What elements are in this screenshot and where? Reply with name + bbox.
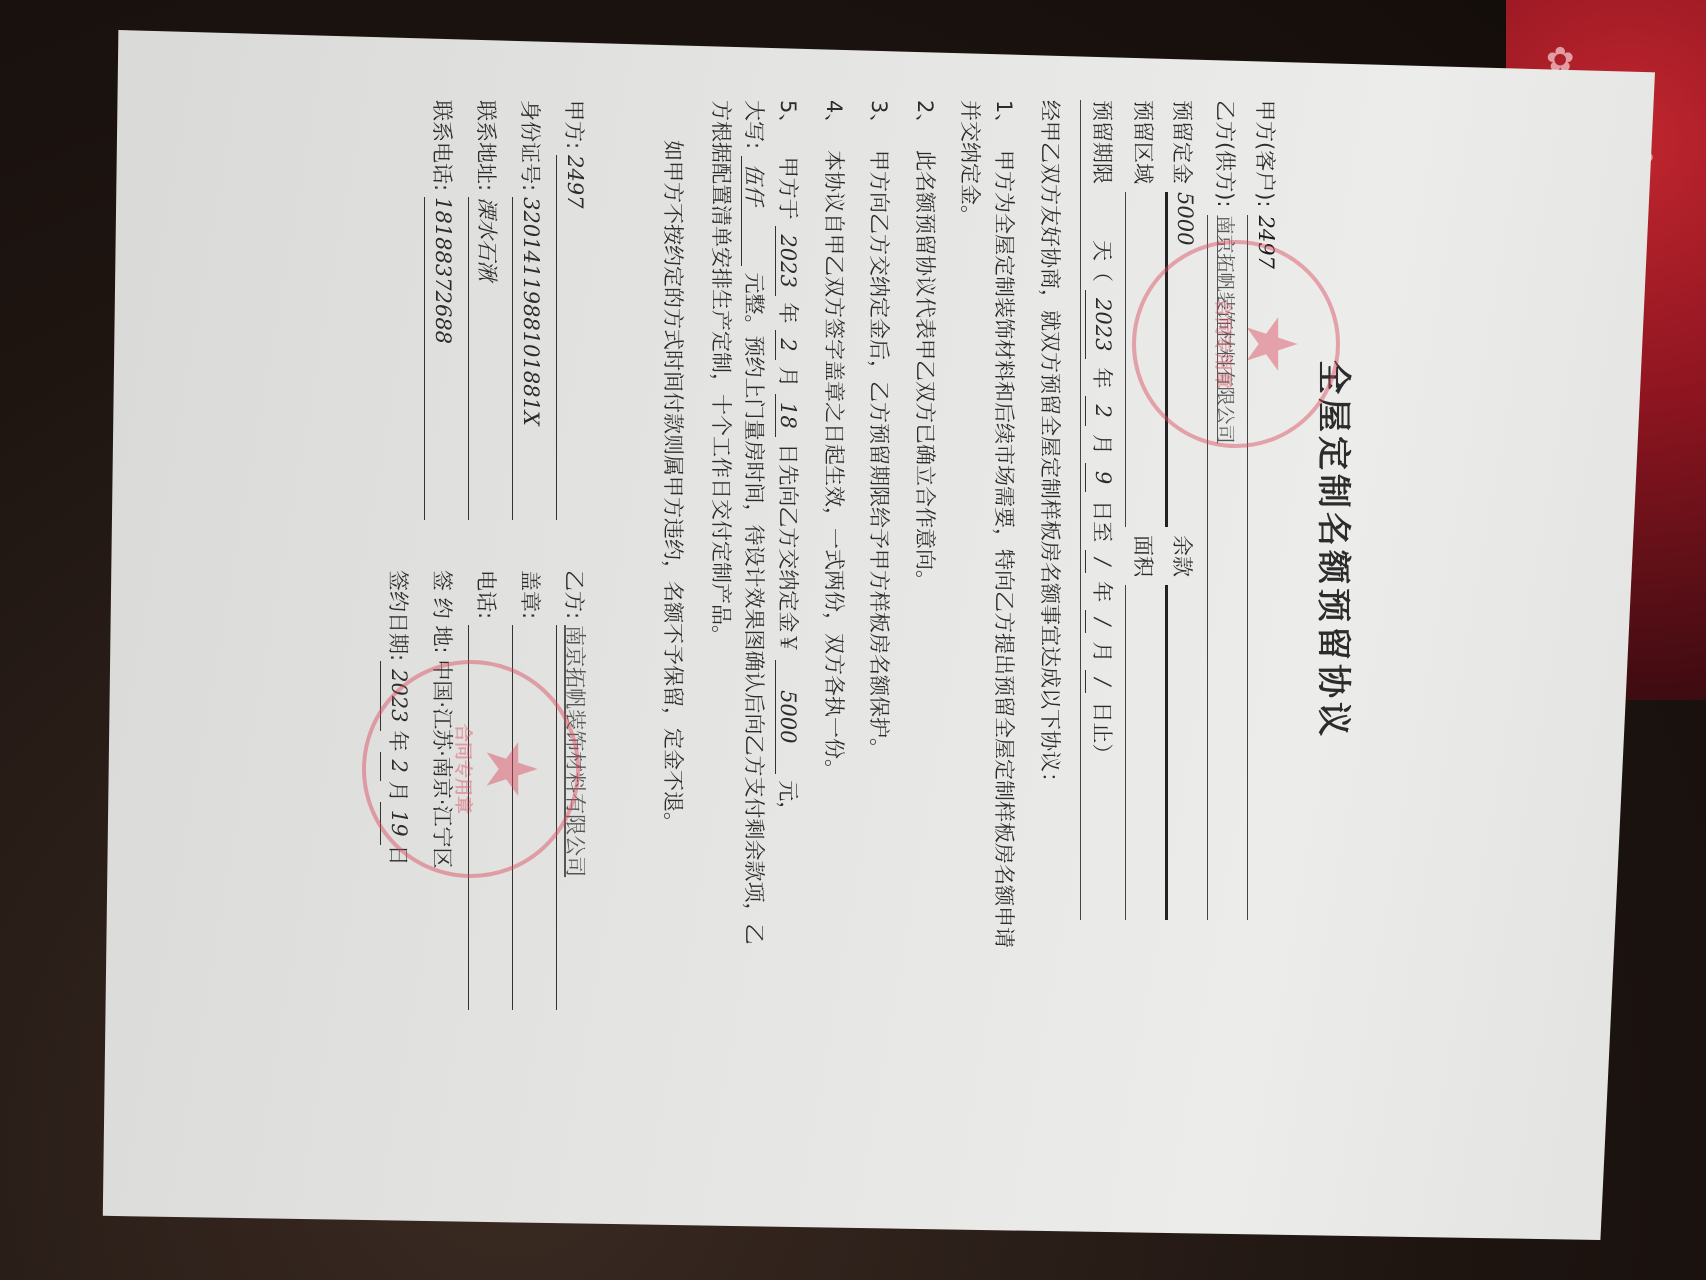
clause5-mid: 日先向乙方交纳定金￥ xyxy=(776,443,800,653)
party-b-label: 乙方(供方): xyxy=(1207,100,1241,207)
period-field: 预留期限 天（ 2023 年 2 月 9 日至 / 年 / 月 / 日止） xyxy=(1080,100,1120,920)
clause-number: 2、 xyxy=(907,100,941,150)
clause-text: 甲方为全屋定制装饰材料和后续市场需要，特向乙方提出预留全屋定制样板房名额申请并交… xyxy=(958,100,1016,948)
clause-number: 5、 xyxy=(770,100,804,150)
clause-2: 2、此名额预留协议代表甲乙双方已确立合作意向。 xyxy=(907,100,941,960)
period-label: 预留期限 xyxy=(1085,100,1119,184)
address-value: 溧水石湫 xyxy=(468,197,503,520)
deposit-label: 预留定金 xyxy=(1165,100,1199,184)
stamp-subtext: 合同专用章 xyxy=(1212,299,1233,389)
id-label: 身份证号: xyxy=(512,100,546,191)
clause-text: 此名额预留协议代表甲乙双方已确立合作意向。 xyxy=(913,150,937,591)
period-unit: 天（ xyxy=(1085,240,1119,282)
seal-label: 盖章: xyxy=(512,570,546,619)
period-start-month: 2 xyxy=(1085,396,1120,425)
period-end-day: / xyxy=(1085,670,1120,693)
stamp-subtext: 合同专用章 xyxy=(452,724,473,814)
clause-number: 4、 xyxy=(816,100,850,150)
month-label: 月 xyxy=(776,366,800,387)
b-phone-label: 电话: xyxy=(468,570,502,619)
star-icon: ★ xyxy=(476,664,546,874)
clause-text: 甲方向乙方交纳定金后，乙方预留期限给予甲方样板房名额保护。 xyxy=(867,150,891,759)
year-label: 年 xyxy=(1085,581,1119,602)
clause-number: 3、 xyxy=(862,100,896,150)
clause5-month: 2 xyxy=(775,330,800,359)
clause-1: 1、甲方为全屋定制装饰材料和后续市场需要，特向乙方提出预留全屋定制样板房名额申请… xyxy=(953,100,1020,960)
clause5-amount: 5000 xyxy=(775,660,800,773)
month-label: 月 xyxy=(1085,434,1119,455)
sig-b-label: 乙方: xyxy=(556,570,590,619)
clause5-year: 2023 xyxy=(775,226,800,295)
id-value: 3201411988101881X xyxy=(512,197,547,520)
agreement-document: 全屋定制名额预留协议 甲方(客户): 2497 乙方(供方): 南京拓帆装饰材料… xyxy=(150,40,1380,1060)
date-label: 签约日期: xyxy=(380,570,414,661)
year-label: 年 xyxy=(1085,367,1119,388)
phone-label: 联系电话: xyxy=(424,100,458,191)
star-icon: ★ xyxy=(1236,244,1306,444)
period-end-month: / xyxy=(1085,610,1120,633)
party-a-field: 甲方(客户): 2497 xyxy=(1247,100,1282,920)
document-title: 全屋定制名额预留协议 xyxy=(1306,40,1360,1060)
intro-paragraph: 经甲乙双方友好协商，就双方预留全屋定制样板房名额事宜达成以下协议： xyxy=(1032,100,1066,940)
clause-number: 1、 xyxy=(986,100,1020,150)
phone-value: 18188372688 xyxy=(424,197,459,520)
area-size-label: 面积 xyxy=(1125,535,1159,577)
sig-a-label: 甲方: xyxy=(556,100,590,149)
month-label: 月 xyxy=(1085,641,1119,662)
clause-text: 本协议自甲乙双方签字盖章之日起生效，一式两份，双方各执一份。 xyxy=(822,150,846,780)
sig-a-value: 2497 xyxy=(556,155,591,520)
year-label: 年 xyxy=(776,303,800,324)
daxie-value: 伍仟 xyxy=(741,156,766,266)
area-size-value xyxy=(1125,585,1154,920)
period-start-year: 2023 xyxy=(1085,290,1120,359)
period-start-day: 9 xyxy=(1085,463,1120,492)
clause-3: 3、甲方向乙方交纳定金后，乙方预留期限给予甲方样板房名额保护。 xyxy=(862,100,896,960)
area-field: 预留区域 面积 xyxy=(1125,100,1159,920)
party-a-label: 甲方(客户): xyxy=(1247,100,1281,207)
clause5-day: 18 xyxy=(775,394,800,437)
place-label: 签 约 地: xyxy=(424,570,458,653)
breach-note: 如甲方不按约定的方式时间付款则属甲方违约，名额不予保留，定金不退。 xyxy=(656,140,690,980)
clause-5: 5、 甲方于 2023 年 2 月 18 日先向乙方交纳定金￥ 5000 元， … xyxy=(703,100,804,960)
party-a-signature: 甲方:2497 身份证号:3201411988101881X 联系地址:溧水石湫… xyxy=(424,100,600,520)
address-label: 联系地址: xyxy=(468,100,502,191)
clause-list: 1、甲方为全屋定制装饰材料和后续市场需要，特向乙方提出预留全屋定制样板房名额申请… xyxy=(816,40,1020,1060)
company-seal-stamp: ★ 合同专用章 xyxy=(362,660,580,878)
balance-label: 余款 xyxy=(1165,535,1199,577)
day-to-label: 日至 xyxy=(1085,500,1119,542)
balance-value xyxy=(1165,585,1196,920)
clause5-amount-suffix: 元， xyxy=(776,780,800,822)
deposit-field: 预留定金 5000 余款 xyxy=(1165,100,1202,920)
clause5-prefix: 甲方于 xyxy=(776,157,800,220)
daxie-label: 大写: xyxy=(742,100,766,149)
clause-4: 4、本协议自甲乙双方签字盖章之日起生效，一式两份，双方各执一份。 xyxy=(816,100,850,960)
period-end-suffix: 日止） xyxy=(1085,701,1119,764)
party-b-field: 乙方(供方): 南京拓帆装饰材料有限公司 xyxy=(1207,100,1241,920)
period-end-year: / xyxy=(1085,550,1120,573)
company-seal-stamp-top: ★ 合同专用章 xyxy=(1132,240,1340,448)
area-label: 预留区域 xyxy=(1125,100,1159,184)
